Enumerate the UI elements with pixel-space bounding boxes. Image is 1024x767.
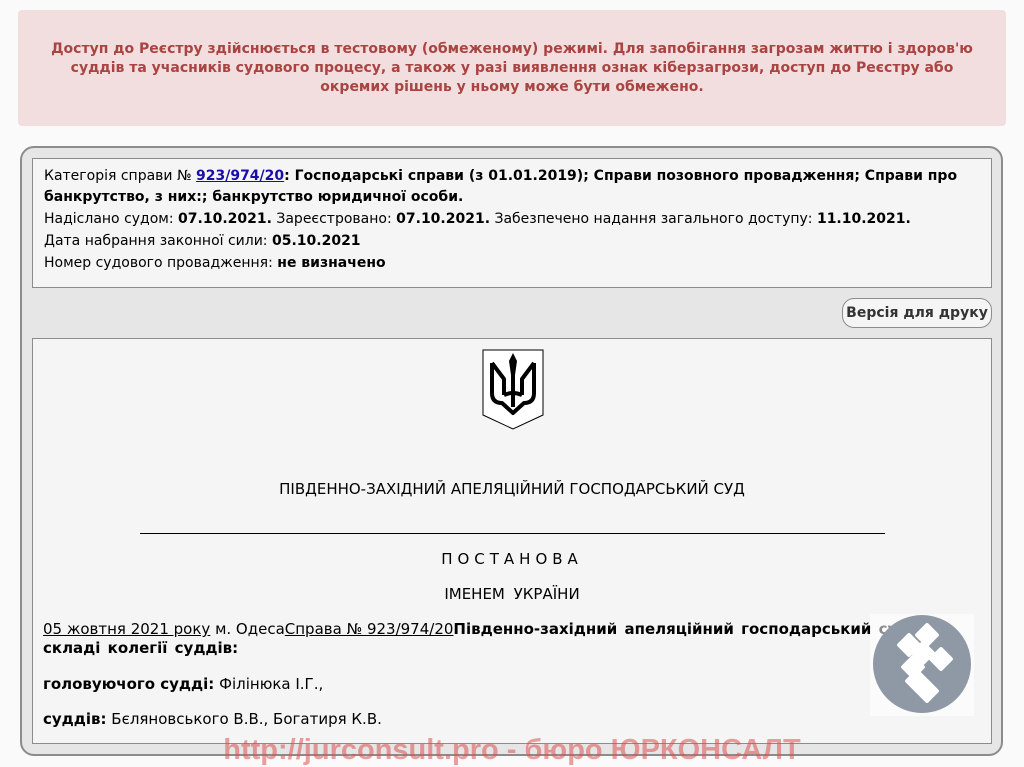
judges-names: Бєляновського В.В., Богатиря К.В. — [107, 710, 382, 728]
sent-label: Надіслано судом: — [44, 211, 178, 227]
presiding-name: Філінюка І.Г., — [214, 675, 323, 693]
category-label: Категорія справи № — [44, 168, 196, 184]
proceeding-value: не визначено — [277, 255, 385, 271]
decision-city: м. Одеса — [210, 620, 284, 638]
judges-paragraph: суддів: Бєляновського В.В., Богатиря К.В… — [43, 710, 983, 729]
watermark-text: http://jurconsult.pro - бюро ЮРКОНСАЛТ — [0, 733, 1024, 767]
decision-header-paragraph: 05 жовтня 2021 року м. ОдесаСправа № 923… — [43, 620, 983, 658]
effective-label: Дата набрання законної сили: — [44, 233, 272, 249]
registered-date: 07.10.2021. — [396, 211, 490, 227]
presiding-judge-paragraph: головуючого судді: Філінюка І.Г., — [43, 675, 983, 694]
effective-date-row: Дата набрання законної сили: 05.10.2021 — [44, 231, 980, 252]
case-number-link[interactable]: 923/974/20 — [196, 168, 284, 184]
case-category-row: Категорія справи № 923/974/20: Господарс… — [44, 166, 980, 208]
court-name-heading: ПІВДЕННО-ЗАХІДНИЙ АПЕЛЯЦІЙНИЙ ГОСПОДАРСЬ… — [33, 480, 991, 498]
decree-title: ПОСТАНОВА — [33, 550, 991, 568]
proceeding-label: Номер судового провадження: — [44, 255, 277, 271]
puzzle-grid-icon — [870, 614, 974, 716]
effective-date: 05.10.2021 — [272, 233, 361, 249]
floating-widget-button[interactable] — [870, 614, 974, 716]
presiding-label: головуючого судді: — [43, 675, 214, 693]
access-warning-alert: Доступ до Реєстру здійснюється в тестово… — [18, 10, 1006, 126]
public-access-date: 11.10.2021. — [817, 211, 911, 227]
case-info-panel: Категорія справи № 923/974/20: Господарс… — [32, 158, 992, 288]
sent-date: 07.10.2021. — [178, 211, 272, 227]
public-access-label: Забезпечено надання загального доступу: — [490, 211, 817, 227]
decision-date: 05 жовтня 2021 року — [43, 620, 210, 638]
print-version-button[interactable]: Версія для друку — [842, 298, 992, 328]
proceeding-row: Номер судового провадження: не визначено — [44, 253, 980, 274]
judges-label: суддів: — [43, 710, 107, 728]
decision-document: ПІВДЕННО-ЗАХІДНИЙ АПЕЛЯЦІЙНИЙ ГОСПОДАРСЬ… — [32, 338, 992, 744]
registered-label: Зареєстровано: — [272, 211, 396, 227]
trident-coat-of-arms-icon — [482, 349, 544, 431]
in-the-name-of-ukraine: ІМЕНЕМ УКРАЇНИ — [33, 585, 991, 603]
divider — [140, 533, 885, 534]
access-warning-text: Доступ до Реєстру здійснюється в тестово… — [34, 40, 990, 97]
dates-row: Надіслано судом: 07.10.2021. Зареєстрова… — [44, 209, 980, 230]
case-reference: Справа № 923/974/20 — [285, 620, 454, 638]
